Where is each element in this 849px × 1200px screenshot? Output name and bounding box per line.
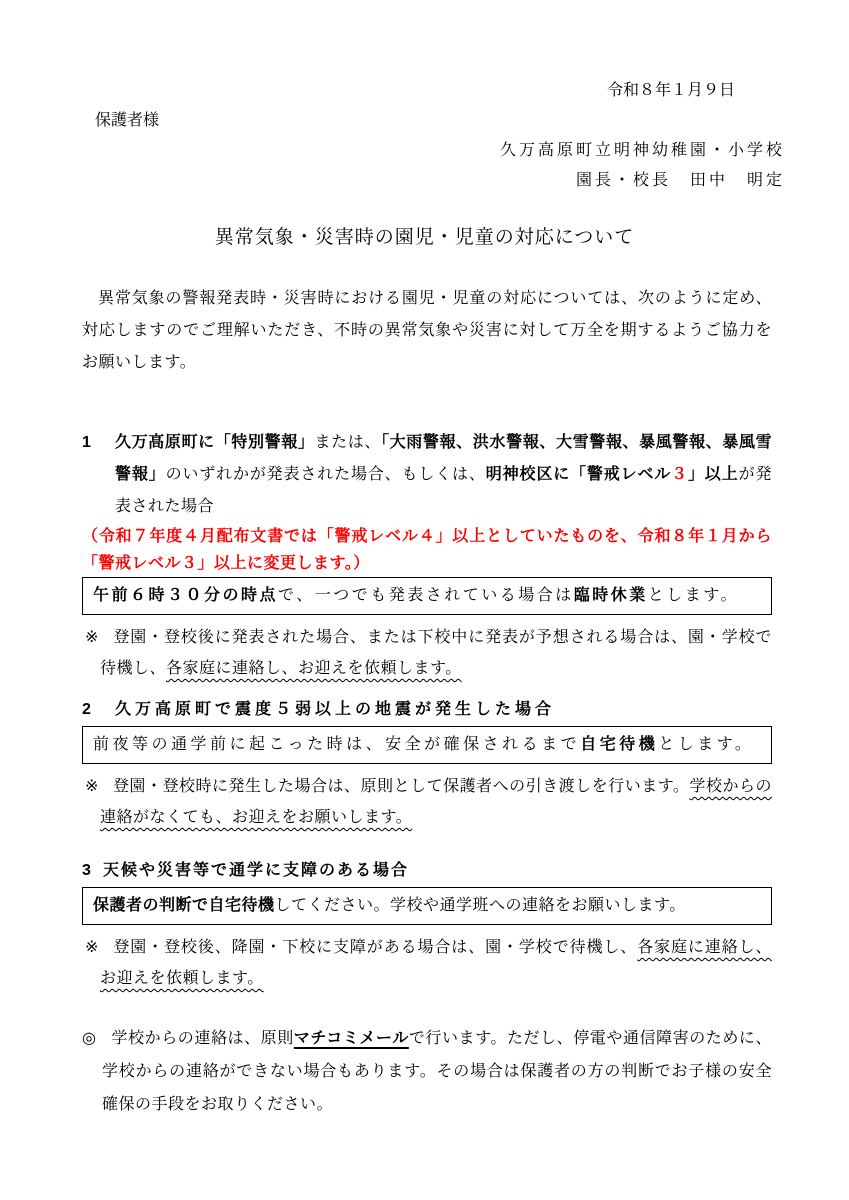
section-1-heading: 1 久万高原町に「特別警報」または、「大雨警報、洪水警報、大雪警報、暴風警報、暴… [82,427,772,523]
note-underlined-segment: 各家庭に連絡し、お迎えを依頼します。 [166,660,462,677]
addressee-line: 保護者様 [0,106,849,136]
section-2-heading: 2 久万高原町で震度５弱以上の地震が発生した場合 [82,698,772,722]
note-segment: 登園・登校後、降園・下校に支障がある場合は、園・学校で待機し、 [113,939,637,956]
page-title: 異常気象・災害時の園児・児童の対応について [0,223,849,253]
highlight-box: 午前６時３０分の時点で、一つでも発表されている場合は臨時休業とします。 [82,577,772,615]
section-number: 3 [82,859,103,883]
box-segment: 前夜等の通学前に起こった時は、安全が確保されるまで [93,736,580,753]
box-segment: とします。 [648,587,739,604]
note-marker: ※ [85,629,99,646]
highlight-box: 保護者の判断で自宅待機してください。学校や通学班への連絡をお願いします。 [82,887,772,925]
section-number: 1 [82,427,115,523]
document-header: 令和８年１月９日 保護者様 久万高原町立明神幼稚園・小学校 園長・校長 田中 明… [0,76,849,196]
note-segment: 登園・登校時に発生した場合は、原則として保護者への引き渡しを行います。 [113,778,690,795]
document-body: 異常気象の警報発表時・災害時における園児・児童の対応については、次のように定め、… [0,283,849,1121]
box-segment: 自宅待機 [580,736,658,753]
box-segment: してください。学校や通学班への連絡をお願いします。 [275,897,686,914]
section-2: 2 久万高原町で震度５弱以上の地震が発生した場合 前夜等の通学前に起こった時は、… [82,698,772,833]
box-segment: 午前６時３０分の時点 [93,587,278,604]
principal-line: 園長・校長 田中 明定 [0,166,849,196]
heading-segment: または、 [315,434,382,451]
heading-segment: 久万高原町に「特別警報」 [115,434,315,451]
closing-marker: ◎ [82,1030,97,1047]
section-heading-text: 久万高原町に「特別警報」または、「大雨警報、洪水警報、大雪警報、暴風警報、暴風雪… [115,427,772,523]
box-segment: とします。 [658,736,754,753]
section-3: 3 天候や災害等で通学に支障のある場合 保護者の判断で自宅待機してください。学校… [82,859,772,994]
section-3-heading: 3 天候や災害等で通学に支障のある場合 [82,859,772,883]
note-marker: ※ [85,778,99,795]
section-heading-text: 久万高原町で震度５弱以上の地震が発生した場合 [115,698,772,722]
section-heading-text: 天候や災害等で通学に支障のある場合 [103,859,772,883]
note-paragraph: ※登園・登校後、降園・下校に支障がある場合は、園・学校で待機し、各家庭に連絡し、… [82,932,772,994]
section-number: 2 [82,698,115,722]
intro-paragraph: 異常気象の警報発表時・災害時における園児・児童の対応については、次のように定め、… [82,283,772,379]
box-segment: で、一つでも発表されている場合は [278,587,574,604]
heading-segment: のいずれかが発表された場合、もしくは、 [166,466,486,483]
closing-paragraph: ◎学校からの連絡は、原則マチコミメールで行います。ただし、停電や通信障害のために… [82,1022,772,1121]
section-1: 1 久万高原町に「特別警報」または、「大雨警報、洪水警報、大雪警報、暴風警報、暴… [82,427,772,684]
document-page: 令和８年１月９日 保護者様 久万高原町立明神幼稚園・小学校 園長・校長 田中 明… [0,0,849,1200]
machikomi-mail-label: マチコミメール [294,1030,409,1047]
closing-segment: 学校からの連絡は、原則 [112,1030,294,1047]
note-paragraph: ※登園・登校後に発表された場合、または下校中に発表が予想される場合は、園・学校で… [82,622,772,684]
highlight-box: 前夜等の通学前に起こった時は、安全が確保されるまで自宅待機とします。 [82,726,772,764]
alert-level-number: ３ [671,466,688,483]
revision-note: （令和７年度４月配布文書では「警戒レベル４」以上としていたものを、令和８年１月か… [82,523,772,577]
box-segment: 臨時休業 [574,587,648,604]
heading-segment: 明神校区に「警戒レベル [486,466,671,483]
note-paragraph: ※登園・登校時に発生した場合は、原則として保護者への引き渡しを行います。学校から… [82,771,772,833]
heading-segment: 」以上 [688,466,739,483]
note-marker: ※ [85,939,99,956]
date-line: 令和８年１月９日 [0,76,849,106]
school-line: 久万高原町立明神幼稚園・小学校 [0,136,849,166]
box-segment: 保護者の判断で自宅待機 [93,897,275,914]
